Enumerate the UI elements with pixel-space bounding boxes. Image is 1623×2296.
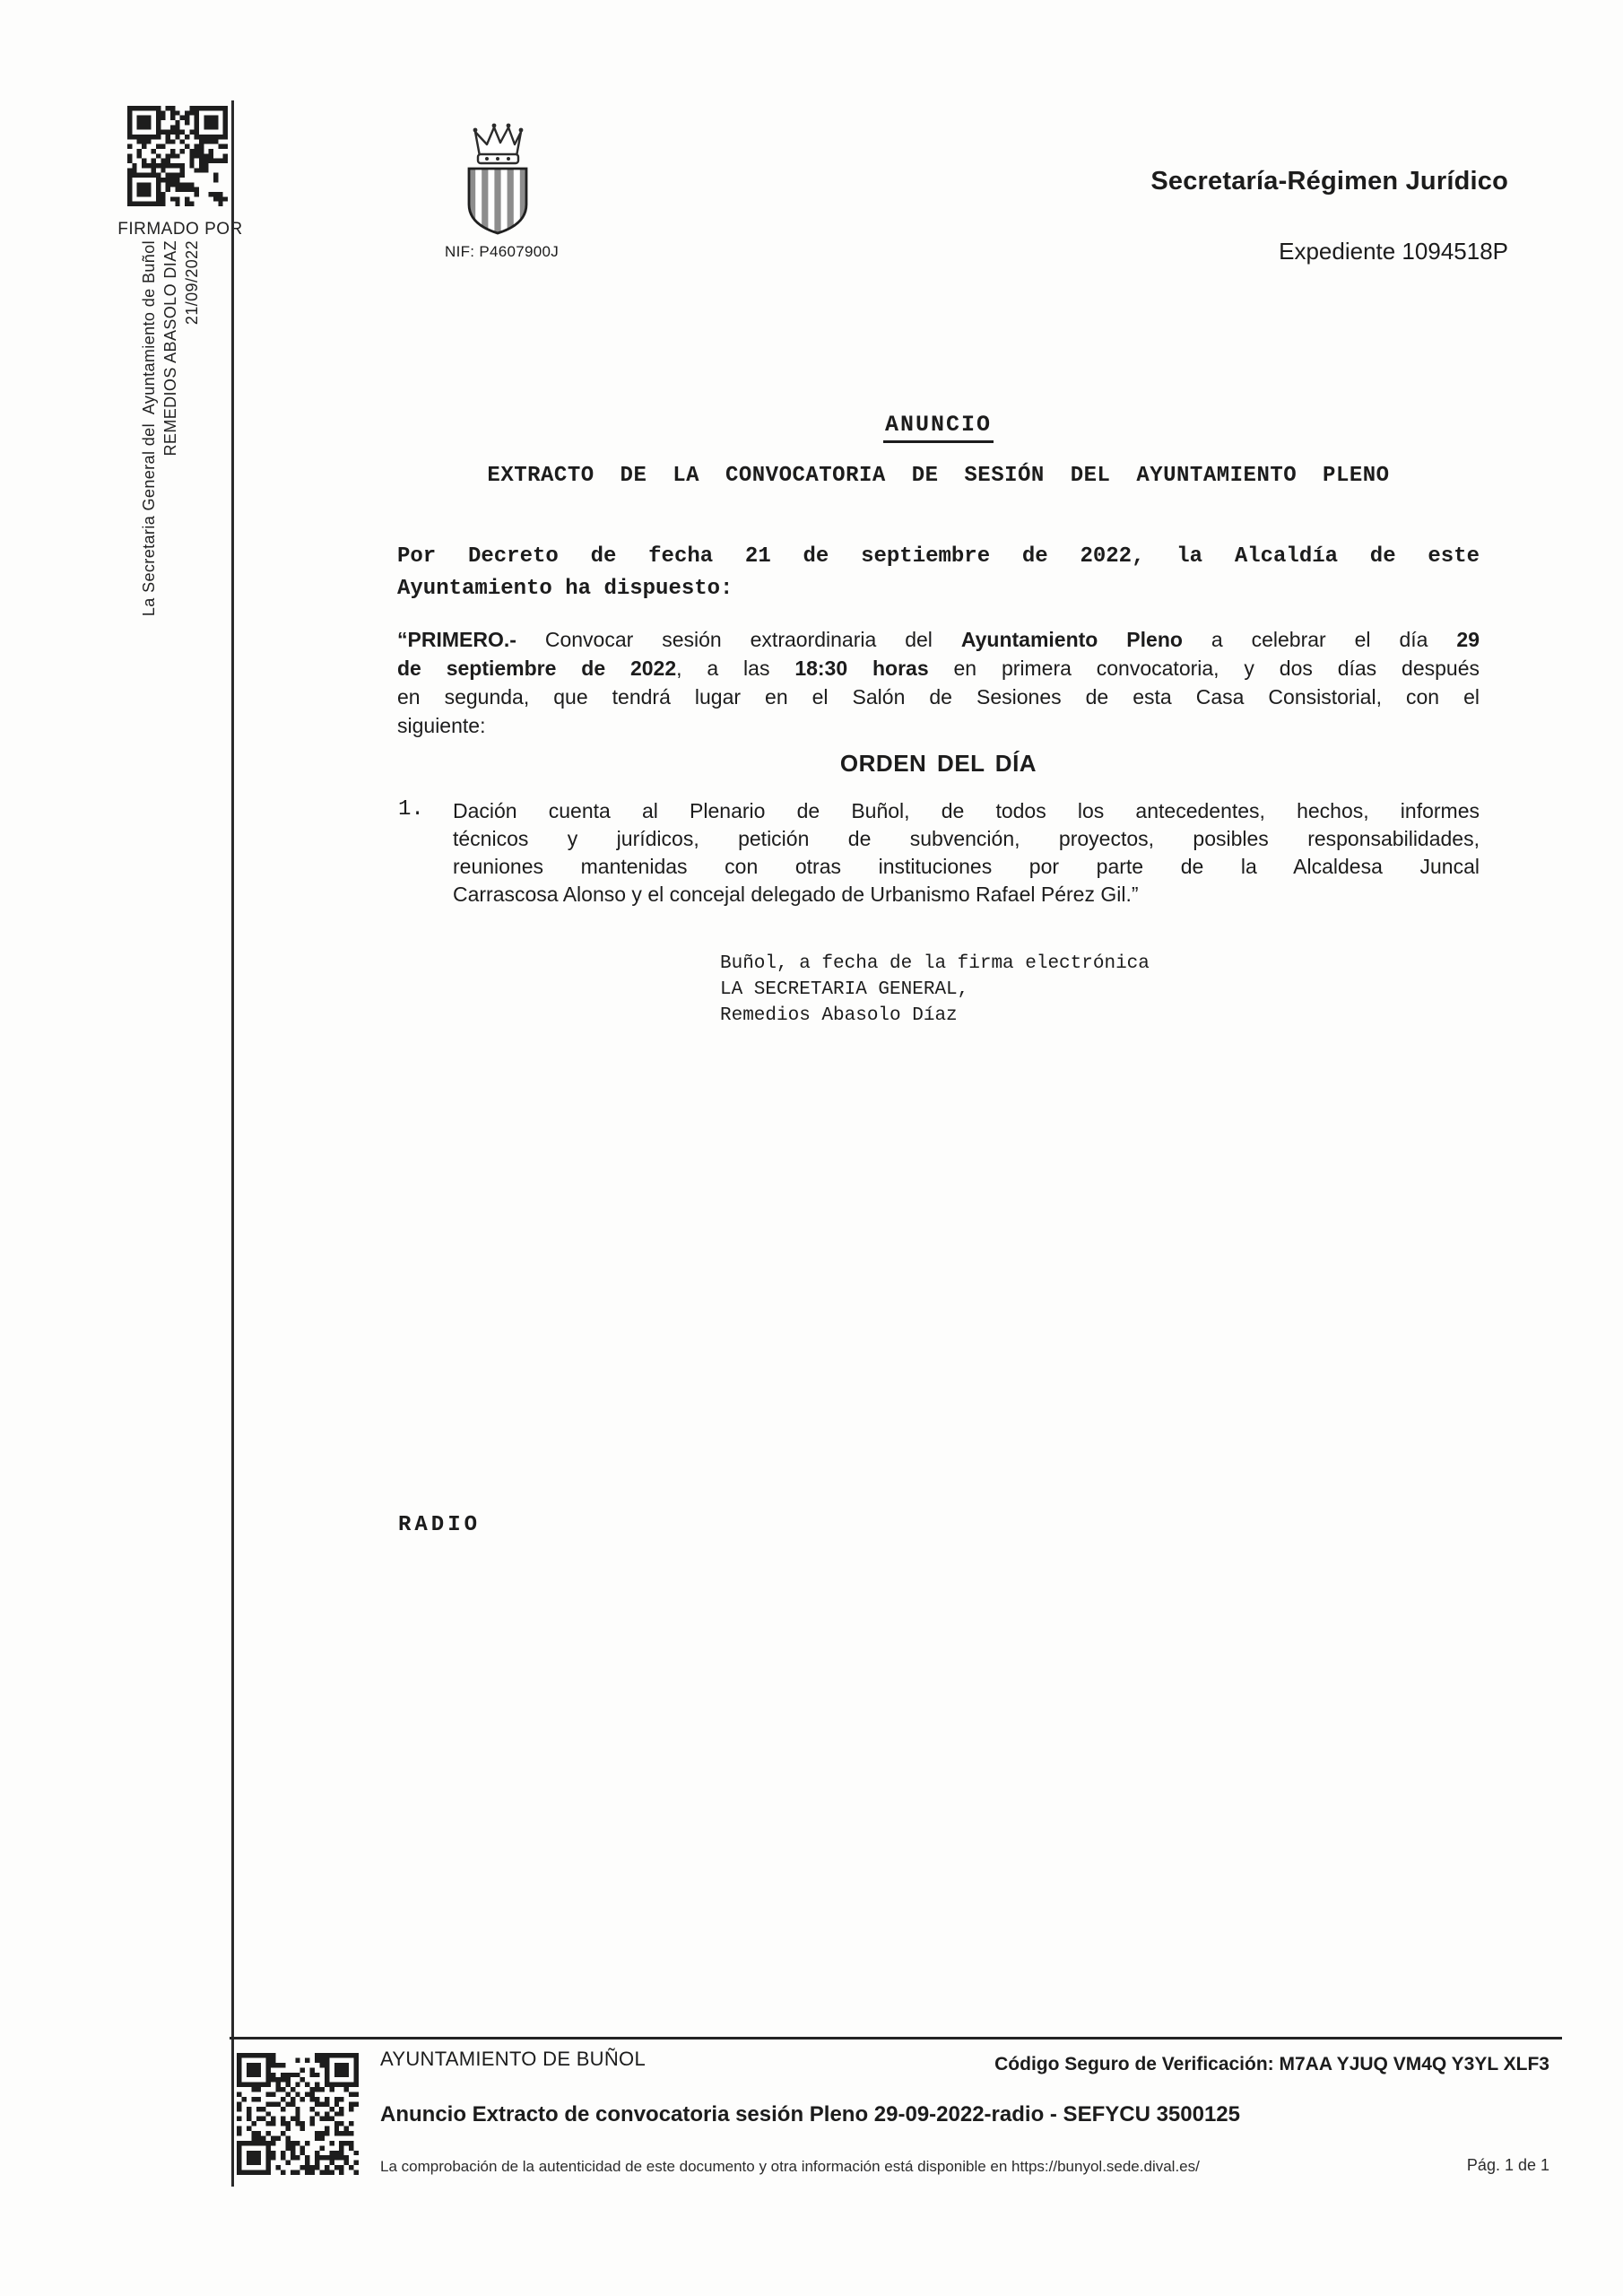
agenda-item-text: Dación cuenta al Plenario de Buñol, de t… xyxy=(453,797,1480,909)
document-page: FIRMADO POR La Secretaria General del Ay… xyxy=(0,0,1623,2296)
signer-name: REMEDIOS ABASOLO DIAZ xyxy=(161,240,180,456)
verification-qr-code xyxy=(237,2053,359,2175)
footer-document-title: Anuncio Extracto de convocatoria sesión … xyxy=(380,2102,1240,2127)
coat-of-arms-icon xyxy=(463,120,533,237)
radio-note: RADIO xyxy=(398,1513,481,1537)
signature-qr-code xyxy=(127,106,228,206)
agenda-item-number: 1. xyxy=(398,797,424,822)
page-number: Pág. 1 de 1 xyxy=(1467,2156,1549,2175)
document-subtitle: EXTRACTO DE LA CONVOCATORIA DE SESIÓN DE… xyxy=(397,464,1480,488)
intro-paragraph: Por Decreto de fecha 21 de septiembre de… xyxy=(397,541,1480,605)
stamp-separator-line xyxy=(231,100,234,2187)
department-title: Secretaría-Régimen Jurídico xyxy=(1150,167,1508,196)
nif-label: NIF: P4607900J xyxy=(445,243,559,261)
verification-note: La comprobación de la autenticidad de es… xyxy=(380,2158,1200,2176)
signature-date: 21/09/2022 xyxy=(183,240,202,325)
anuncio-title: ANUNCIO xyxy=(883,412,994,443)
anuncio-title-row: ANUNCIO xyxy=(397,412,1480,443)
expediente-number: Expediente 1094518P xyxy=(1279,238,1508,265)
firmado-por-label: FIRMADO POR xyxy=(115,220,246,239)
primero-paragraph: “PRIMERO.- Convocar sesión extraordinari… xyxy=(397,625,1480,740)
signer-role: La Secretaria General del Ayuntamiento d… xyxy=(140,240,159,616)
footer-divider-line xyxy=(230,2037,1562,2039)
signature-block: Buñol, a fecha de la firma electrónicaLA… xyxy=(720,951,1150,1029)
orden-del-dia-title: ORDEN DEL DÍA xyxy=(397,750,1480,778)
footer-org-name: AYUNTAMIENTO DE BUÑOL xyxy=(380,2048,646,2071)
verification-code: Código Seguro de Verificación: M7AA YJUQ… xyxy=(994,2054,1549,2075)
signature-stamp-details: La Secretaria General del Ayuntamiento d… xyxy=(140,240,202,616)
